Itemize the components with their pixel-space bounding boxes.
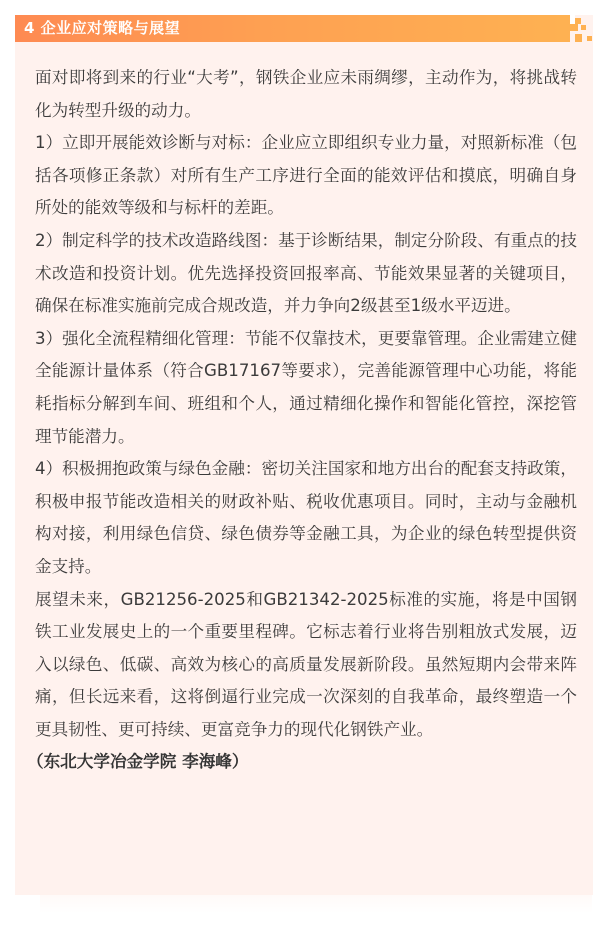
article-body: 面对即将到来的行业“大考”，钢铁企业应未雨绸缪，主动作为，将挑战转化为转型升级的… (35, 62, 577, 779)
section-title: 4 企业应对策略与展望 (24, 15, 180, 42)
paragraph-strategy-3: 3）强化全流程精细化管理：节能不仅靠技术，更要靠管理。企业需建立健全能源计量体系… (35, 323, 577, 453)
paragraph-strategy-2: 2）制定科学的技术改造路线图：基于诊断结果，制定分阶段、有重点的技术改造和投资计… (35, 225, 577, 323)
paragraph-strategy-1: 1）立即开展能效诊断与对标：企业应立即组织专业力量，对照新标准（包括各项修正条款… (35, 127, 577, 225)
paragraph-strategy-4: 4）积极拥抱政策与绿色金融：密切关注国家和地方出台的配套支持政策，积极申报节能改… (35, 453, 577, 583)
card-bottom-fade (40, 895, 592, 913)
paragraph-outlook: 展望未来，GB21256-2025和GB21342-2025标准的实施，将是中国… (35, 584, 577, 747)
paragraph-intro: 面对即将到来的行业“大考”，钢铁企业应未雨绸缪，主动作为，将挑战转化为转型升级的… (35, 62, 577, 127)
author-attribution: （东北大学冶金学院 李海峰） (35, 746, 577, 779)
